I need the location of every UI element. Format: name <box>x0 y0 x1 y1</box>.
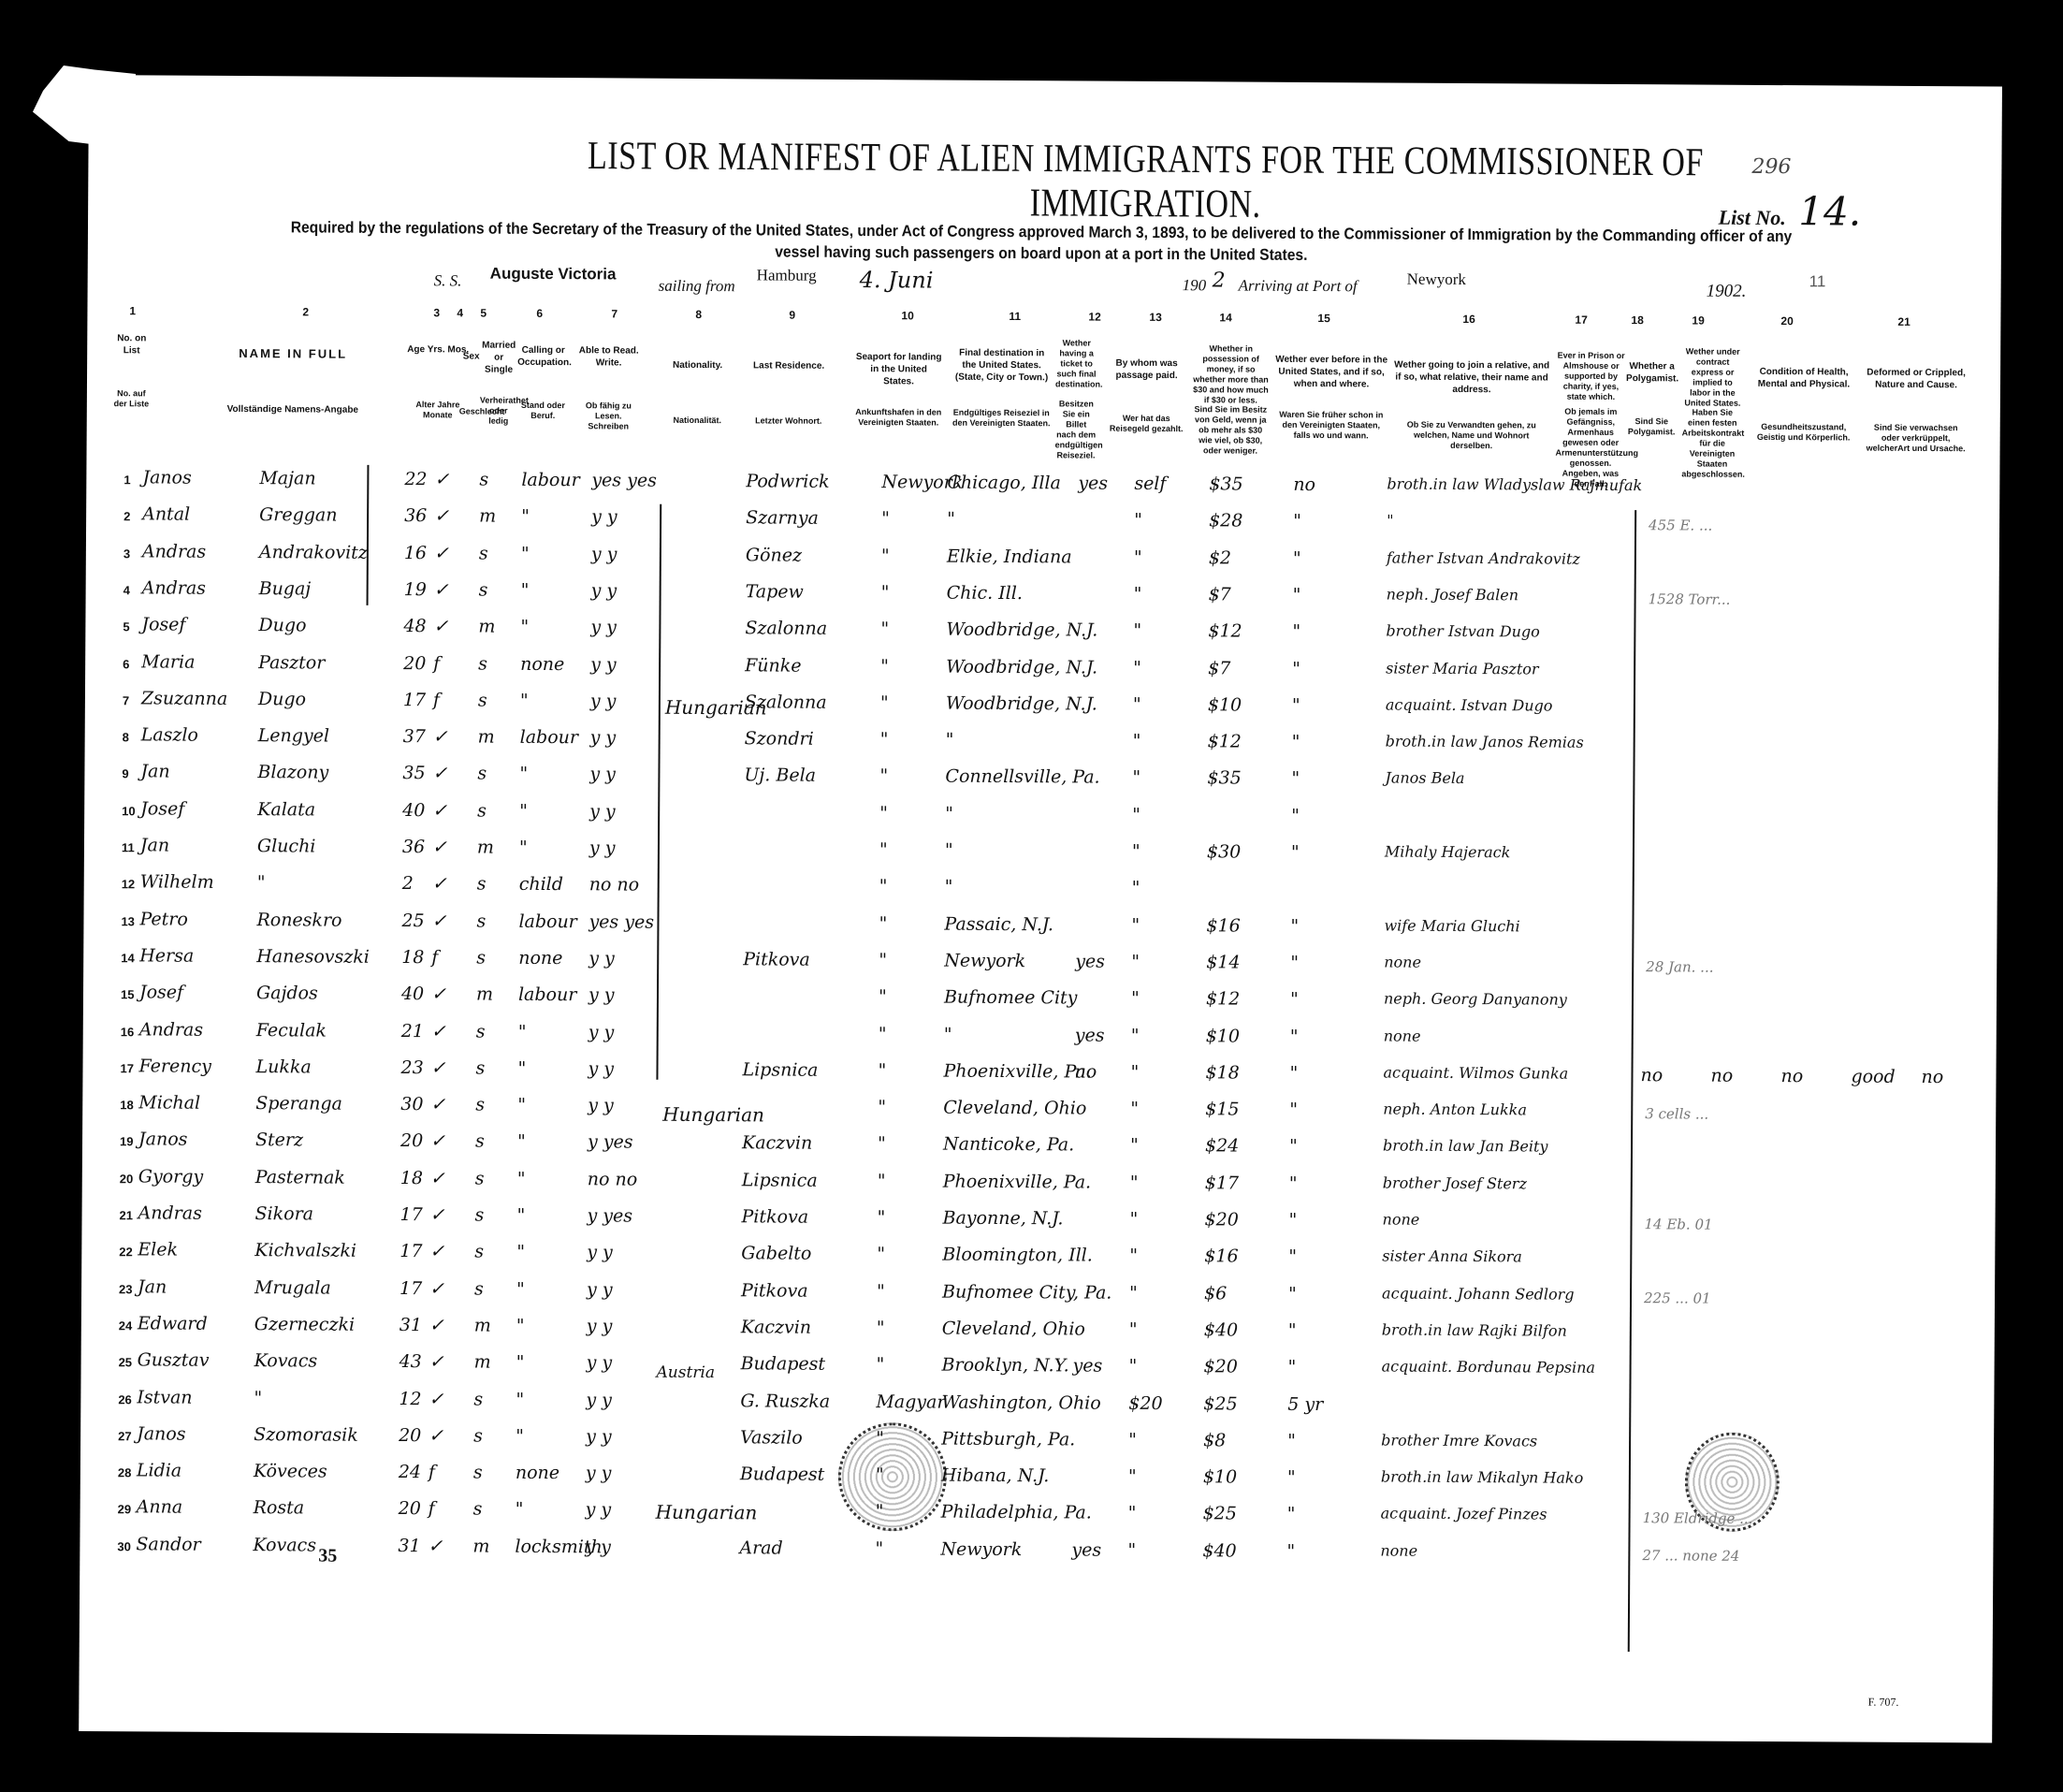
row-number: 16 <box>121 1025 135 1039</box>
marital-status: s <box>474 1205 484 1226</box>
read-write: y y <box>586 1500 612 1521</box>
occupation: " <box>519 801 528 822</box>
header-col-10: Seaport for landing in the United States… <box>854 351 943 388</box>
sex: ✓ <box>429 1389 443 1409</box>
marital-status: s <box>473 1425 483 1446</box>
surname: Hanesovszki <box>256 946 370 968</box>
passage-paid-by: " <box>1131 1025 1140 1045</box>
passage-paid-by: " <box>1132 805 1140 825</box>
sex: ✓ <box>429 1242 444 1262</box>
surname: Speranga <box>255 1093 342 1115</box>
final-destination: " <box>945 877 953 897</box>
occupation: " <box>519 838 528 858</box>
last-residence: Kaczvin <box>741 1317 811 1337</box>
seaport: " <box>877 1318 885 1338</box>
age: 18 <box>401 947 424 968</box>
header-col-16: Wether going to join a relative, and if … <box>1392 359 1551 397</box>
money: $30 <box>1207 841 1241 862</box>
given-name: Jan <box>140 835 169 855</box>
given-name: Sandor <box>136 1534 200 1554</box>
row-number: 20 <box>120 1172 134 1186</box>
occupation: " <box>516 1278 525 1299</box>
row-number: 15 <box>121 987 135 1001</box>
header-de-col-1: No. auf der Liste <box>110 388 153 409</box>
given-name: Zsuzanna <box>141 688 227 709</box>
relative: acquaint. Johann Sedlorg <box>1382 1284 1575 1303</box>
given-name: Anna <box>137 1497 183 1518</box>
row-number: 27 <box>118 1429 132 1443</box>
occupation: " <box>520 617 529 637</box>
read-write: y y <box>586 1463 612 1483</box>
marital-status: s <box>474 1278 484 1299</box>
col-num-1: 1 <box>129 304 136 317</box>
given-name: Elek <box>138 1240 178 1260</box>
final-destination: Pittsburgh, Pa. <box>941 1428 1075 1450</box>
read-write: y y <box>590 691 617 711</box>
given-name: Janos <box>138 1129 188 1150</box>
last-residence: Fünke <box>745 655 802 676</box>
money: $7 <box>1209 584 1231 605</box>
given-name: Gyorgy <box>138 1166 203 1187</box>
marital-status: m <box>477 838 494 858</box>
relative: broth.in law Janos Remias <box>1386 733 1584 751</box>
row-number: 1 <box>123 473 130 487</box>
given-name: Michal <box>138 1092 200 1113</box>
given-name: Lidia <box>137 1460 182 1480</box>
final-destination: Nanticoke, Pa. <box>943 1134 1074 1156</box>
age: 2 <box>402 873 414 894</box>
seaport: " <box>878 1171 886 1191</box>
relative: brother Imre Kovacs <box>1381 1431 1537 1450</box>
seaport: " <box>879 839 888 860</box>
previously-in-us: " <box>1291 842 1300 863</box>
previously-in-us: " <box>1290 953 1299 973</box>
final-destination: Newyork <box>940 1538 1022 1560</box>
seaport: " <box>875 1538 883 1559</box>
age: 48 <box>403 616 426 636</box>
surname: Majan <box>259 468 315 488</box>
relative: sister Maria Pasztor <box>1386 659 1539 677</box>
passage-paid-by: " <box>1133 657 1141 677</box>
final-destination: " <box>944 1024 952 1044</box>
money: $35 <box>1209 473 1242 494</box>
surname: Mrugala <box>254 1277 331 1298</box>
final-destination: Newyork <box>944 950 1025 971</box>
surname: " <box>254 1388 262 1408</box>
header-col-6: Calling or Occupation. <box>517 344 569 369</box>
sex: ✓ <box>429 1315 444 1335</box>
arrival-day: 11 <box>1809 272 1826 291</box>
read-write: y y <box>588 1022 615 1042</box>
given-name: Jan <box>138 1276 167 1297</box>
given-name: Hersa <box>139 945 194 966</box>
final-destination: Connellsville, Pa. <box>945 766 1099 788</box>
age: 17 <box>400 1241 422 1261</box>
header-de-col-19: Haben Sie einen festen Arbeitskontrakt f… <box>1681 407 1742 479</box>
year-suffix: 2 <box>1213 269 1226 292</box>
age: 24 <box>399 1462 421 1482</box>
sex: ✓ <box>430 1168 445 1188</box>
row-number: 4 <box>123 583 130 597</box>
sailing-date: 4. Juni <box>860 267 934 293</box>
previously-in-us: " <box>1288 1210 1297 1231</box>
final-destination: " <box>945 840 953 861</box>
surname: Blazony <box>257 763 328 783</box>
relative: Mihaly Hajerack <box>1385 842 1510 861</box>
last-residence: Szondri <box>745 728 814 749</box>
age: 16 <box>404 543 427 563</box>
age: 31 <box>398 1536 420 1556</box>
age: 23 <box>400 1057 423 1078</box>
surname: Greggan <box>259 504 338 526</box>
occupation: " <box>516 1352 525 1373</box>
col-num-14: 14 <box>1219 311 1231 324</box>
marital-status: m <box>474 1352 491 1373</box>
read-write: y y <box>586 1390 612 1410</box>
sex: ✓ <box>433 616 448 636</box>
read-write: y y <box>588 984 615 1005</box>
last-residence: Budapest <box>741 1353 826 1375</box>
relative: neph. Anton Lukka <box>1383 1100 1527 1119</box>
surname: Rosta <box>254 1497 305 1518</box>
age: 17 <box>400 1278 422 1299</box>
final-destination: " <box>946 730 954 750</box>
manifest-title: LIST OR MANIFEST OF ALIEN IMMIGRANTS FOR… <box>537 134 1754 230</box>
passage-paid-by: " <box>1134 584 1142 605</box>
previously-in-us: " <box>1287 1504 1296 1524</box>
money: $24 <box>1205 1136 1239 1157</box>
given-name: Gusztav <box>138 1350 210 1371</box>
seaport: " <box>881 546 890 566</box>
money: $35 <box>1207 768 1241 789</box>
money: $7 <box>1208 658 1230 678</box>
surname: Gluchi <box>257 836 316 856</box>
relative: none <box>1384 953 1421 970</box>
occupation: " <box>516 1389 524 1409</box>
age: 19 <box>404 579 427 600</box>
seaport: " <box>879 913 887 934</box>
age: 20 <box>399 1425 421 1446</box>
header-col-1: No. on List <box>110 332 153 357</box>
surname: Feculak <box>256 1020 327 1041</box>
header-col-2: NAME IN FULL <box>199 347 386 360</box>
surname: Kichvalszki <box>254 1240 356 1261</box>
row-number: 9 <box>122 767 128 781</box>
passage-paid-by: " <box>1132 841 1140 862</box>
col-num-2: 2 <box>302 305 309 318</box>
sex: ✓ <box>430 1094 445 1115</box>
final-destination: Cleveland, Ohio <box>943 1098 1086 1119</box>
passage-paid-by: " <box>1130 1135 1139 1156</box>
read-write: y y <box>586 1426 612 1447</box>
seaport: " <box>876 1428 884 1449</box>
sex: ✓ <box>434 469 449 489</box>
occupation: " <box>519 764 528 784</box>
marital-status: m <box>472 1536 489 1556</box>
previously-in-us: " <box>1290 989 1299 1010</box>
relative: acquaint. Wilmos Gunka <box>1383 1063 1568 1082</box>
health-answer: no <box>1710 1065 1733 1085</box>
header-de-col-11: Endgültiges Reiseziel in den Vereinigten… <box>952 408 1051 430</box>
last-residence: Gönez <box>746 545 802 565</box>
occupation: " <box>516 1316 525 1336</box>
age: 30 <box>400 1094 423 1115</box>
header-de-col-2: Vollständige Namens-Angabe <box>190 403 396 416</box>
read-write: y yes <box>588 1132 633 1153</box>
age: 31 <box>400 1315 422 1335</box>
age: 18 <box>400 1168 423 1188</box>
given-name: Wilhelm <box>140 872 214 893</box>
age: 20 <box>400 1130 423 1151</box>
given-name: Maria <box>141 651 195 672</box>
passage-paid-by: " <box>1132 878 1140 898</box>
last-residence: Pitkova <box>741 1206 808 1227</box>
sex: ✓ <box>429 1351 444 1372</box>
occupation: labour <box>520 727 578 748</box>
previously-in-us: " <box>1289 1100 1298 1120</box>
read-write: y y <box>589 801 616 822</box>
given-name: Jan <box>140 762 169 782</box>
occupation: " <box>516 1426 524 1447</box>
age: 22 <box>404 469 427 489</box>
marital-status: s <box>475 1057 485 1078</box>
marital-status: s <box>476 911 486 931</box>
previously-in-us: " <box>1289 1136 1298 1157</box>
arriving-label: Arriving at Port of <box>1239 277 1358 297</box>
surname: Sikora <box>255 1203 314 1224</box>
final-destination: " <box>945 803 953 823</box>
previously-in-us: no <box>1293 474 1315 495</box>
relative: brother Istvan Dugo <box>1386 622 1540 641</box>
last-residence: Uj. Bela <box>744 765 816 786</box>
relative: none <box>1384 1027 1421 1044</box>
last-residence: Szalonna <box>745 692 827 713</box>
money: $6 <box>1204 1283 1227 1304</box>
age: 36 <box>402 837 425 857</box>
last-residence: Tapew <box>746 581 804 602</box>
occupation: " <box>521 580 530 601</box>
row-number: 23 <box>119 1282 133 1296</box>
marital-status: m <box>476 984 493 1005</box>
sex: ✓ <box>434 579 449 600</box>
marital-status: s <box>479 470 488 490</box>
sailing-from-port: Hamburg <box>757 266 817 284</box>
seaport: " <box>879 986 887 1007</box>
last-residence: Arad <box>739 1537 782 1558</box>
previously-in-us: " <box>1292 658 1300 678</box>
arriving-port: Newyork <box>1407 270 1466 289</box>
passage-paid-by: " <box>1130 1173 1139 1193</box>
ticket: yes <box>1073 1356 1103 1377</box>
sex: f <box>431 947 438 968</box>
col-num-4: 4 <box>457 306 463 319</box>
col-num-5: 5 <box>480 307 487 320</box>
health-answer: no <box>1921 1067 1943 1087</box>
surname: Gzerneczki <box>254 1314 355 1335</box>
read-write: y y <box>589 765 616 785</box>
relative: broth.in law Wladyslaw Rajmufak <box>1387 474 1642 494</box>
given-name: Antal <box>142 504 190 525</box>
occupation: " <box>516 1205 525 1226</box>
previously-in-us: " <box>1293 547 1301 568</box>
money: $12 <box>1208 731 1242 751</box>
previously-in-us: " <box>1287 1431 1296 1451</box>
read-write: y y <box>585 1537 611 1557</box>
row-number: 13 <box>121 914 135 928</box>
relative: Janos Bela <box>1385 769 1464 788</box>
seaport: " <box>879 1024 887 1044</box>
money: $10 <box>1206 1026 1240 1046</box>
money: $2 <box>1209 547 1231 568</box>
money: $40 <box>1202 1540 1236 1561</box>
occupation: " <box>517 1131 526 1152</box>
money: $25 <box>1203 1393 1237 1414</box>
marital-status: s <box>479 579 488 600</box>
last-residence: Gabelto <box>741 1244 811 1264</box>
row-number: 18 <box>120 1098 134 1112</box>
surname: Köveces <box>254 1461 327 1481</box>
relative: wife Maria Gluchi <box>1384 916 1519 935</box>
previously-in-us: " <box>1289 1063 1298 1084</box>
seaport: " <box>878 1060 886 1081</box>
money: $16 <box>1204 1246 1238 1267</box>
surname: Kovacs <box>254 1350 318 1371</box>
read-write: y y <box>590 727 617 748</box>
money: $8 <box>1203 1430 1226 1450</box>
sex: ✓ <box>430 1057 445 1078</box>
marital-status: s <box>479 543 488 563</box>
occupation: " <box>520 691 529 711</box>
age: 40 <box>401 983 424 1004</box>
surname: Bugaj <box>259 578 312 599</box>
seaport: " <box>877 1354 885 1375</box>
marital-status: m <box>474 1315 491 1335</box>
seaport: " <box>879 950 887 970</box>
previously-in-us: " <box>1293 585 1301 605</box>
marital-status: s <box>475 1168 485 1188</box>
final-destination: Phoenixville, Pa. <box>943 1060 1091 1082</box>
previously-in-us: " <box>1290 1026 1299 1046</box>
read-write: y y <box>590 654 617 675</box>
row-number: 14 <box>121 951 135 965</box>
relative: acquaint. Istvan Dugo <box>1386 695 1553 714</box>
passage-paid-by: " <box>1134 510 1142 531</box>
health-answer: no <box>1640 1065 1663 1085</box>
occupation: labour <box>521 470 579 490</box>
row-number: 25 <box>119 1355 133 1369</box>
age: 20 <box>403 653 426 674</box>
row-number: 28 <box>118 1465 132 1479</box>
previously-in-us: " <box>1286 1541 1295 1562</box>
given-name: Andras <box>142 541 206 561</box>
marital-status: m <box>478 617 495 637</box>
final-destination: Woodbridge, N.J. <box>946 619 1097 641</box>
page-number-stamp: 296 <box>1751 155 1791 179</box>
marginal-note: 455 E. ... <box>1649 517 1712 533</box>
money: $12 <box>1208 621 1242 642</box>
col-num-17: 17 <box>1575 313 1587 327</box>
surname: Andrakovitz <box>259 542 368 563</box>
occupation: " <box>521 543 530 563</box>
seaport: " <box>878 1097 886 1117</box>
marginal-note: 27 ... none 24 <box>1642 1547 1739 1565</box>
passage-paid-by: self <box>1134 473 1166 494</box>
vessel-name: Auguste Victoria <box>490 265 617 284</box>
surname: Lengyel <box>258 725 329 746</box>
marital-status: s <box>473 1499 483 1520</box>
sex: ✓ <box>428 1536 443 1556</box>
final-destination: " <box>947 509 955 530</box>
previously-in-us: " <box>1292 695 1300 716</box>
seaport: " <box>879 803 888 823</box>
marital-status: s <box>477 874 487 895</box>
header-de-col-9: Letzter Wohnort. <box>751 415 826 426</box>
money: $40 <box>1204 1319 1238 1340</box>
occupation: " <box>516 1499 524 1520</box>
col-num-7: 7 <box>611 307 617 320</box>
read-write: y y <box>591 580 617 601</box>
relative: neph. Georg Danyanony <box>1384 990 1567 1009</box>
final-destination: Washington, Ohio <box>941 1391 1101 1413</box>
relative: " <box>1387 512 1393 530</box>
surname: " <box>257 872 266 893</box>
header-de-col-20: Gesundheitszustand, Geistig und Körperli… <box>1752 422 1855 444</box>
header-col-13: By whom was passage paid. <box>1107 357 1186 383</box>
header-col-12: Wether having a ticket to such final des… <box>1055 338 1097 389</box>
sex: f <box>433 690 440 710</box>
sex: ✓ <box>432 837 447 857</box>
header-de-col-5: Verheirathet oder ledig <box>480 396 517 427</box>
ticket: yes <box>1071 1539 1101 1560</box>
previously-in-us: " <box>1291 806 1300 826</box>
last-residence: Pitkova <box>741 1280 808 1301</box>
final-destination: Woodbridge, N.J. <box>946 692 1097 714</box>
read-write: no no <box>588 1169 638 1189</box>
seaport: " <box>880 619 889 639</box>
relative: father Istvan Andrakovitz <box>1387 548 1580 567</box>
vessel-prefix: S. S. <box>434 271 462 290</box>
occupation: none <box>518 948 562 969</box>
occupation: none <box>516 1463 559 1483</box>
passage-paid-by: " <box>1133 694 1141 715</box>
header-col-17: Ever in Prison or Almshouse or supported… <box>1556 351 1626 402</box>
given-name: Josef <box>140 798 184 819</box>
final-destination: Passaic, N.J. <box>944 913 1053 935</box>
marital-status: s <box>473 1463 483 1483</box>
header-col-14: Whether in possession of money, if so wh… <box>1191 343 1271 406</box>
money: $14 <box>1206 952 1240 972</box>
col-num-9: 9 <box>789 309 795 322</box>
header-de-col-8: Nationalität. <box>662 415 733 426</box>
health-answer: no <box>1780 1066 1803 1086</box>
age: 17 <box>400 1204 422 1225</box>
header-de-col-15: Waren Sie früher schon in den Vereinigte… <box>1275 410 1387 442</box>
passage-paid-by: " <box>1131 914 1140 935</box>
manifest-sheet: 296 List No. 14. LIST OR MANIFEST OF ALI… <box>79 75 2002 1742</box>
money: $25 <box>1203 1504 1237 1524</box>
surname: Pasztor <box>258 652 325 673</box>
ticket: yes <box>1075 1025 1105 1045</box>
header-col-15: Wether ever before in the United States,… <box>1275 354 1387 391</box>
row-number: 3 <box>123 546 130 561</box>
read-write: y y <box>591 544 617 564</box>
col-num-19: 19 <box>1692 313 1704 327</box>
health-answer: good <box>1851 1066 1895 1086</box>
sex: f <box>429 1462 435 1482</box>
marital-status: s <box>476 947 486 968</box>
seaport: " <box>876 1464 884 1485</box>
surname: Dugo <box>258 689 306 709</box>
